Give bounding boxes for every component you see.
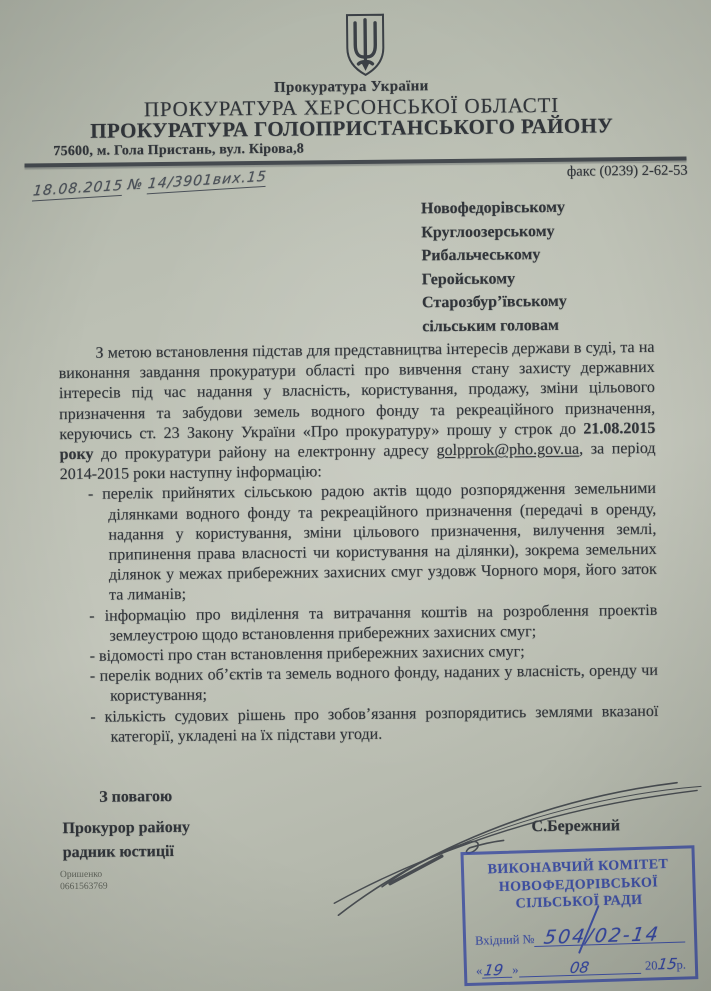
recipient: Круглоозерському: [421, 219, 566, 244]
agency-fax: факс (0239) 2-62-53: [567, 163, 688, 181]
recipient-list: Новофедорівському Круглоозерському Рибал…: [421, 196, 567, 339]
email-address: golpprok@pho.gov.ua: [436, 441, 579, 459]
handwritten-incoming-number: 504/02-14: [543, 923, 662, 949]
handwritten-number: 14/3901вих.15: [146, 169, 267, 195]
year-group: 2015р.: [645, 954, 686, 973]
ukraine-tryzub-emblem-icon: [342, 13, 389, 77]
signer-name: С.Бережний: [531, 817, 620, 836]
request-paragraph: З метою встановлення підстав для предста…: [58, 338, 655, 486]
executor-name: Оришенко: [60, 869, 108, 881]
incoming-number-blank: 504/02-14: [534, 915, 685, 946]
paragraph-text: З метою встановлення підстав для предста…: [59, 339, 656, 443]
stamp-incoming-row: Вхідний № 504/02-14: [466, 916, 695, 949]
year-suffix: р.: [676, 957, 686, 971]
requested-information-list: - перелік прийнятих сільською радою акті…: [60, 479, 659, 748]
numero-sign: №: [126, 176, 143, 193]
incoming-number-label: Вхідний №: [475, 932, 535, 949]
executor-phone: 0661563769: [60, 881, 108, 893]
recipient: сільським головам: [422, 313, 567, 338]
handwritten-date: 18.08.2015: [32, 178, 124, 202]
recipient: Старозбур’ївському: [422, 290, 567, 315]
executor-note: Оришенко 0661563769: [60, 869, 108, 893]
paragraph-text: до прокуратури району на електронну адре…: [93, 442, 436, 463]
signer-position-1: Прокурор району: [62, 819, 190, 838]
closing-regards: З повагою: [99, 788, 172, 807]
recipient: Геройському: [422, 266, 567, 291]
scanned-letter-photo: Прокуратура України ПРОКУРАТУРА ХЕРСОНСЬ…: [0, 0, 711, 991]
signer-position-2: радник юстиції: [63, 843, 174, 862]
day-blank: 19: [482, 952, 513, 978]
incoming-registration-stamp: ВИКОНАВЧИЙ КОМІТЕТ НОВОФЕДОРІВСЬКОЇ СІЛЬ…: [460, 845, 698, 986]
stamp-date-row: « 19 » 08 2015р.: [467, 948, 696, 979]
list-item: - перелік водних об’єктів та земель водн…: [90, 661, 658, 707]
year-prefix: 20: [645, 958, 658, 972]
handwritten-day: 19: [483, 960, 505, 979]
handwritten-outgoing-reference: 18.08.2015 № 14/3901вих.15: [32, 169, 266, 202]
list-item: - інформацію про виділення та витрачання…: [89, 600, 657, 646]
agency-address: 75600, м. Гола Пристань, вул. Кірова,8: [53, 142, 304, 161]
handwritten-year: 15: [656, 954, 678, 973]
recipient: Новофедорівському: [421, 196, 566, 221]
recipient: Рибальчеському: [421, 243, 566, 268]
list-item: - кількість судових рішень про зобов’яза…: [90, 701, 658, 747]
handwritten-month: 08: [569, 958, 591, 977]
letter-body: З метою встановлення підстав для предста…: [58, 338, 658, 748]
letter-page: Прокуратура України ПРОКУРАТУРА ХЕРСОНСЬ…: [0, 0, 711, 991]
list-item: - перелік прийнятих сільською радою акті…: [88, 479, 657, 606]
